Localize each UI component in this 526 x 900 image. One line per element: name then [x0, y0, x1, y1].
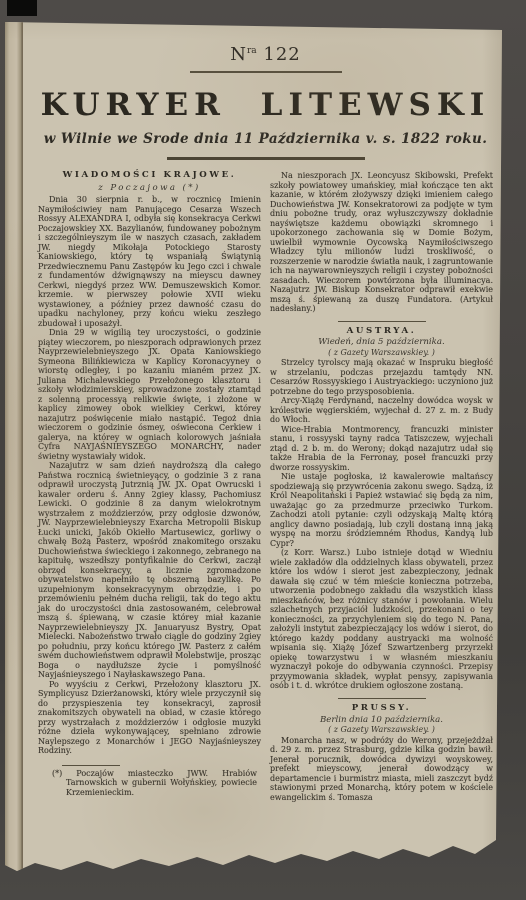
article-paragraph: Po wyyściu z Cerkwi, Przełożony klasztor… — [38, 680, 261, 756]
section-divider-rule — [338, 321, 426, 322]
page-content: Nra 122 KURYER LITEWSKI w Wilnie we Srod… — [38, 22, 493, 802]
dateline-berlin: Berlin dnia 10 października. — [270, 716, 493, 726]
issue-prefix: N — [230, 44, 247, 65]
issue-value: 122 — [263, 44, 300, 65]
masthead-double-rule — [167, 157, 365, 160]
right-column: Na nieszporach JX. Leoncyusz Skibowski, … — [270, 171, 493, 802]
masthead-dateline: w Wilnie we Srode dnia 11 Października v… — [38, 131, 493, 147]
newspaper-page: Nra 122 KURYER LITEWSKI w Wilnie we Srod… — [5, 14, 502, 880]
section-heading-domestic-news: WIADOMOŚCI KRAJOWE. — [38, 171, 261, 181]
left-column: WIADOMOŚCI KRAJOWE. z Poczajowa (*) Dnia… — [38, 171, 261, 802]
article-paragraph: Arcy-Xiążę Ferdynand, naczelny dowódca w… — [270, 396, 493, 425]
scan-background: Nra 122 KURYER LITEWSKI w Wilnie we Srod… — [0, 0, 526, 900]
article-paragraph: Nazajutrz w sam dzień naydroższą dla cał… — [38, 461, 261, 680]
section-divider-rule — [338, 698, 426, 699]
footnote: (*) Poczajów miasteczko JWW. Hrabiów Tar… — [38, 769, 261, 798]
section-heading-austria: AUSTRYA. — [270, 327, 493, 337]
issue-divider-rule — [190, 71, 342, 73]
article-paragraph: Wice-Hrabia Montmorency, francuzki minis… — [270, 425, 493, 473]
article-paragraph: Dnia 30 sierpnia r. b., w rocznicę Imien… — [38, 195, 261, 328]
footnote-rule — [62, 765, 120, 766]
issue-superscript: ra — [247, 46, 257, 56]
section-heading-prussia: PRUSSY. — [270, 704, 493, 714]
article-paragraph: (z Korr. Warsz.) Lubo istnieje dotąd w W… — [270, 548, 493, 691]
source-note: ( z Gazety Warszawskiey. ) — [270, 725, 493, 735]
newspaper-title: KURYER LITEWSKI — [38, 87, 493, 123]
article-paragraph: Dnia 29 w wigilią tey uroczystości, o go… — [38, 328, 261, 461]
article-columns: WIADOMOŚCI KRAJOWE. z Poczajowa (*) Dnia… — [38, 171, 493, 802]
article-paragraph: Nie ustaje pogłoska, iż kawalerowie malt… — [270, 472, 493, 548]
dateline-vienna: Wiedeń, dnia 5 października. — [270, 338, 493, 348]
binding-edge — [5, 14, 23, 880]
article-paragraph: Strzelcy tyrolscy mają okazać w Inspruku… — [270, 358, 493, 396]
issue-number: Nra 122 — [38, 44, 493, 65]
article-paragraph: Na nieszporach JX. Leoncyusz Skibowski, … — [270, 171, 493, 314]
source-note: ( z Gazety Warszawskiey. ) — [270, 348, 493, 358]
scan-corner-notch — [7, 0, 37, 16]
dateline-poczajow: z Poczajowa (*) — [38, 184, 261, 194]
article-paragraph: Monarcha nasz, w podróży do Werony, prze… — [270, 736, 493, 803]
